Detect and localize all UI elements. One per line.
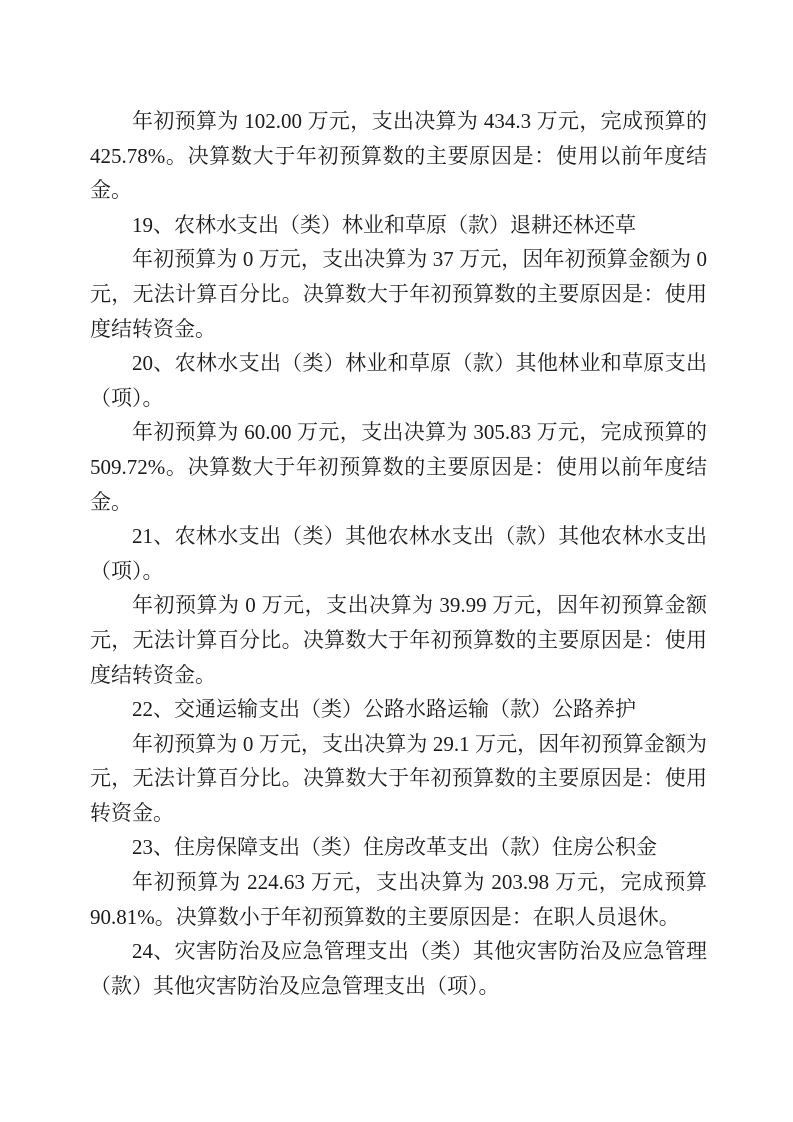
text-line: 年初预算为 0 万元，支出决算为 39.99 万元，因年初预算金额为 0 万 xyxy=(90,588,707,623)
text-line: 元，无法计算百分比。决算数大于年初预算数的主要原因是：使用上年结 xyxy=(90,761,707,796)
text-line: 年初预算为 224.63 万元，支出决算为 203.98 万元，完成预算的 xyxy=(90,865,707,900)
text-line: 19、农林水支出（类）林业和草原（款）退耕还林还草（项）。 xyxy=(90,208,707,243)
item-18-detail-continued: 年初预算为 102.00 万元，支出决算为 434.3 万元，完成预算的425.… xyxy=(90,104,707,208)
item-19-heading: 19、农林水支出（类）林业和草原（款）退耕还林还草（项）。 xyxy=(90,208,707,243)
document-body: 年初预算为 102.00 万元，支出决算为 434.3 万元，完成预算的425.… xyxy=(90,104,707,1003)
text-line: 22、交通运输支出（类）公路水路运输（款）公路养护（项）。 xyxy=(90,692,707,727)
item-19-detail: 年初预算为 0 万元，支出决算为 37 万元，因年初预算金额为 0 万元，无法计… xyxy=(90,242,707,346)
text-line: 年初预算为 0 万元，支出决算为 29.1 万元，因年初预算金额为 0 万 xyxy=(90,727,707,762)
text-line: （项）。 xyxy=(90,554,707,589)
text-line: 金。 xyxy=(90,173,707,208)
text-line: 金。 xyxy=(90,485,707,520)
document-page: 年初预算为 102.00 万元，支出决算为 434.3 万元，完成预算的425.… xyxy=(0,0,793,1122)
item-20-heading: 20、农林水支出（类）林业和草原（款）其他林业和草原支出（项）。 xyxy=(90,346,707,415)
item-20-detail: 年初预算为 60.00 万元，支出决算为 305.83 万元，完成预算的509.… xyxy=(90,415,707,519)
item-22-detail: 年初预算为 0 万元，支出决算为 29.1 万元，因年初预算金额为 0 万元，无… xyxy=(90,727,707,831)
text-line: （项）。 xyxy=(90,381,707,416)
text-line: 20、农林水支出（类）林业和草原（款）其他林业和草原支出 xyxy=(90,346,707,381)
text-line: 23、住房保障支出（类）住房改革支出（款）住房公积金（项）。 xyxy=(90,830,707,865)
text-line: 年初预算为 0 万元，支出决算为 37 万元，因年初预算金额为 0 万 xyxy=(90,242,707,277)
text-line: 24、灾害防治及应急管理支出（类）其他灾害防治及应急管理支出 xyxy=(90,934,707,969)
text-line: 21、农林水支出（类）其他农林水支出（款）其他农林水支出 xyxy=(90,519,707,554)
text-line: 元，无法计算百分比。决算数大于年初预算数的主要原因是：使用以前年 xyxy=(90,277,707,312)
item-22-heading: 22、交通运输支出（类）公路水路运输（款）公路养护（项）。 xyxy=(90,692,707,727)
item-23-heading: 23、住房保障支出（类）住房改革支出（款）住房公积金（项）。 xyxy=(90,830,707,865)
text-line: 425.78%。决算数大于年初预算数的主要原因是：使用以前年度结转资 xyxy=(90,139,707,174)
text-line: 度结转资金。 xyxy=(90,658,707,693)
text-line: （款）其他灾害防治及应急管理支出（项）。 xyxy=(90,969,707,1004)
text-line: 元，无法计算百分比。决算数大于年初预算数的主要原因是：使用以前年 xyxy=(90,623,707,658)
text-line: 度结转资金。 xyxy=(90,312,707,347)
text-line: 90.81%。决算数小于年初预算数的主要原因是：在职人员退休。 xyxy=(90,900,707,935)
text-line: 509.72%。决算数大于年初预算数的主要原因是：使用以前年度结转资 xyxy=(90,450,707,485)
item-21-heading: 21、农林水支出（类）其他农林水支出（款）其他农林水支出（项）。 xyxy=(90,519,707,588)
item-21-detail: 年初预算为 0 万元，支出决算为 39.99 万元，因年初预算金额为 0 万元，… xyxy=(90,588,707,692)
text-line: 年初预算为 60.00 万元，支出决算为 305.83 万元，完成预算的 xyxy=(90,415,707,450)
text-line: 年初预算为 102.00 万元，支出决算为 434.3 万元，完成预算的 xyxy=(90,104,707,139)
item-24-heading: 24、灾害防治及应急管理支出（类）其他灾害防治及应急管理支出（款）其他灾害防治及… xyxy=(90,934,707,1003)
text-line: 转资金。 xyxy=(90,796,707,831)
item-23-detail: 年初预算为 224.63 万元，支出决算为 203.98 万元，完成预算的90.… xyxy=(90,865,707,934)
